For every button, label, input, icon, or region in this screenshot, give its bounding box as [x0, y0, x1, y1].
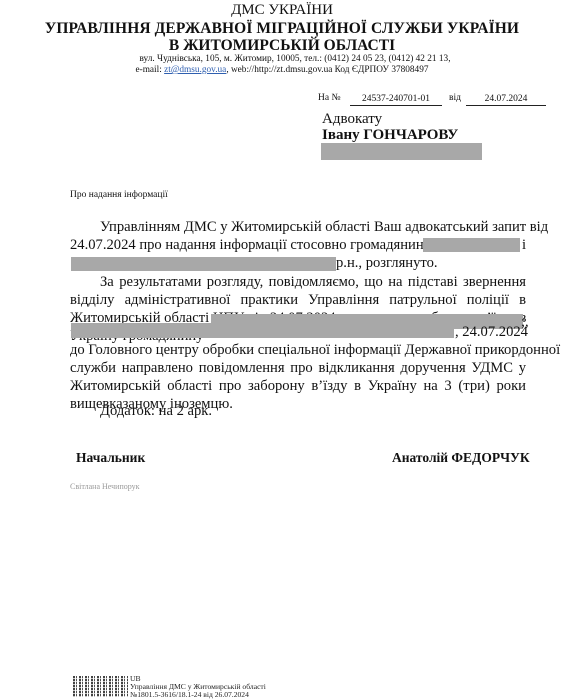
redacted-recipient-address — [321, 143, 482, 160]
body-line-tail: р.н., розглянуто. — [336, 254, 438, 272]
reference-number: 24537-240701-01 — [350, 93, 442, 106]
body-line: За результатами розгляду, повідомляємо, … — [100, 273, 526, 291]
qr-code-texture — [73, 676, 128, 697]
body-line: відділу адміністративної практики Управл… — [70, 291, 526, 309]
attachment-note: Додаток: на 2 арк. — [100, 402, 212, 420]
body-line: Управлінням ДМС у Житомирській області В… — [100, 218, 526, 236]
reference-date-label: від — [449, 93, 461, 103]
recipient-name: Івану ГОНЧАРОВУ — [322, 127, 458, 144]
stamp-registration: №1801.5-3616/18.1-24 від 26.07.2024 — [130, 690, 249, 699]
body-line: служби направлено повідомлення про відкл… — [70, 359, 526, 377]
web-and-code: , web://http://zt.dmsu.gov.ua Код ЄДРПОУ… — [226, 65, 428, 75]
body-line: Житомирській області про заборону в’їзду… — [70, 377, 526, 395]
reference-number-label: На № — [318, 93, 341, 103]
body-line: 24.07.2024 про надання інформації стосов… — [70, 236, 430, 254]
redacted-citizen-name — [423, 238, 520, 252]
body-line-tail: і — [522, 236, 526, 254]
organization-address: вул. Чуднівська, 105, м. Житомир, 10005,… — [0, 54, 564, 64]
signatory-position: Начальник — [76, 450, 145, 466]
redacted-citizen-details — [71, 323, 454, 338]
organization-region: В ЖИТОМИРСЬКІЙ ОБЛАСТІ — [0, 37, 564, 55]
organization-name: УПРАВЛІННЯ ДЕРЖАВНОЇ МІГРАЦІЙНОЇ СЛУЖБИ … — [0, 20, 564, 38]
letter-subject: Про надання інформації — [70, 190, 168, 200]
email-link[interactable]: zt@dmsu.gov.ua — [164, 65, 226, 75]
executor-name: Світлана Нечипорук — [70, 482, 140, 491]
body-line: до Головного центру обробки спеціальної … — [70, 341, 526, 359]
email-label: e-mail: — [135, 65, 164, 75]
agency-name: ДМС УКРАЇНИ — [0, 2, 564, 19]
redacted-citizen-details — [71, 257, 336, 271]
signatory-name: Анатолій ФЕДОРЧУК — [392, 450, 530, 466]
recipient-title: Адвокату — [322, 111, 382, 128]
reference-date: 24.07.2024 — [466, 93, 546, 106]
organization-contacts: e-mail: zt@dmsu.gov.ua, web://http://zt.… — [0, 65, 564, 75]
body-line-tail: , 24.07.2024 — [455, 323, 528, 341]
